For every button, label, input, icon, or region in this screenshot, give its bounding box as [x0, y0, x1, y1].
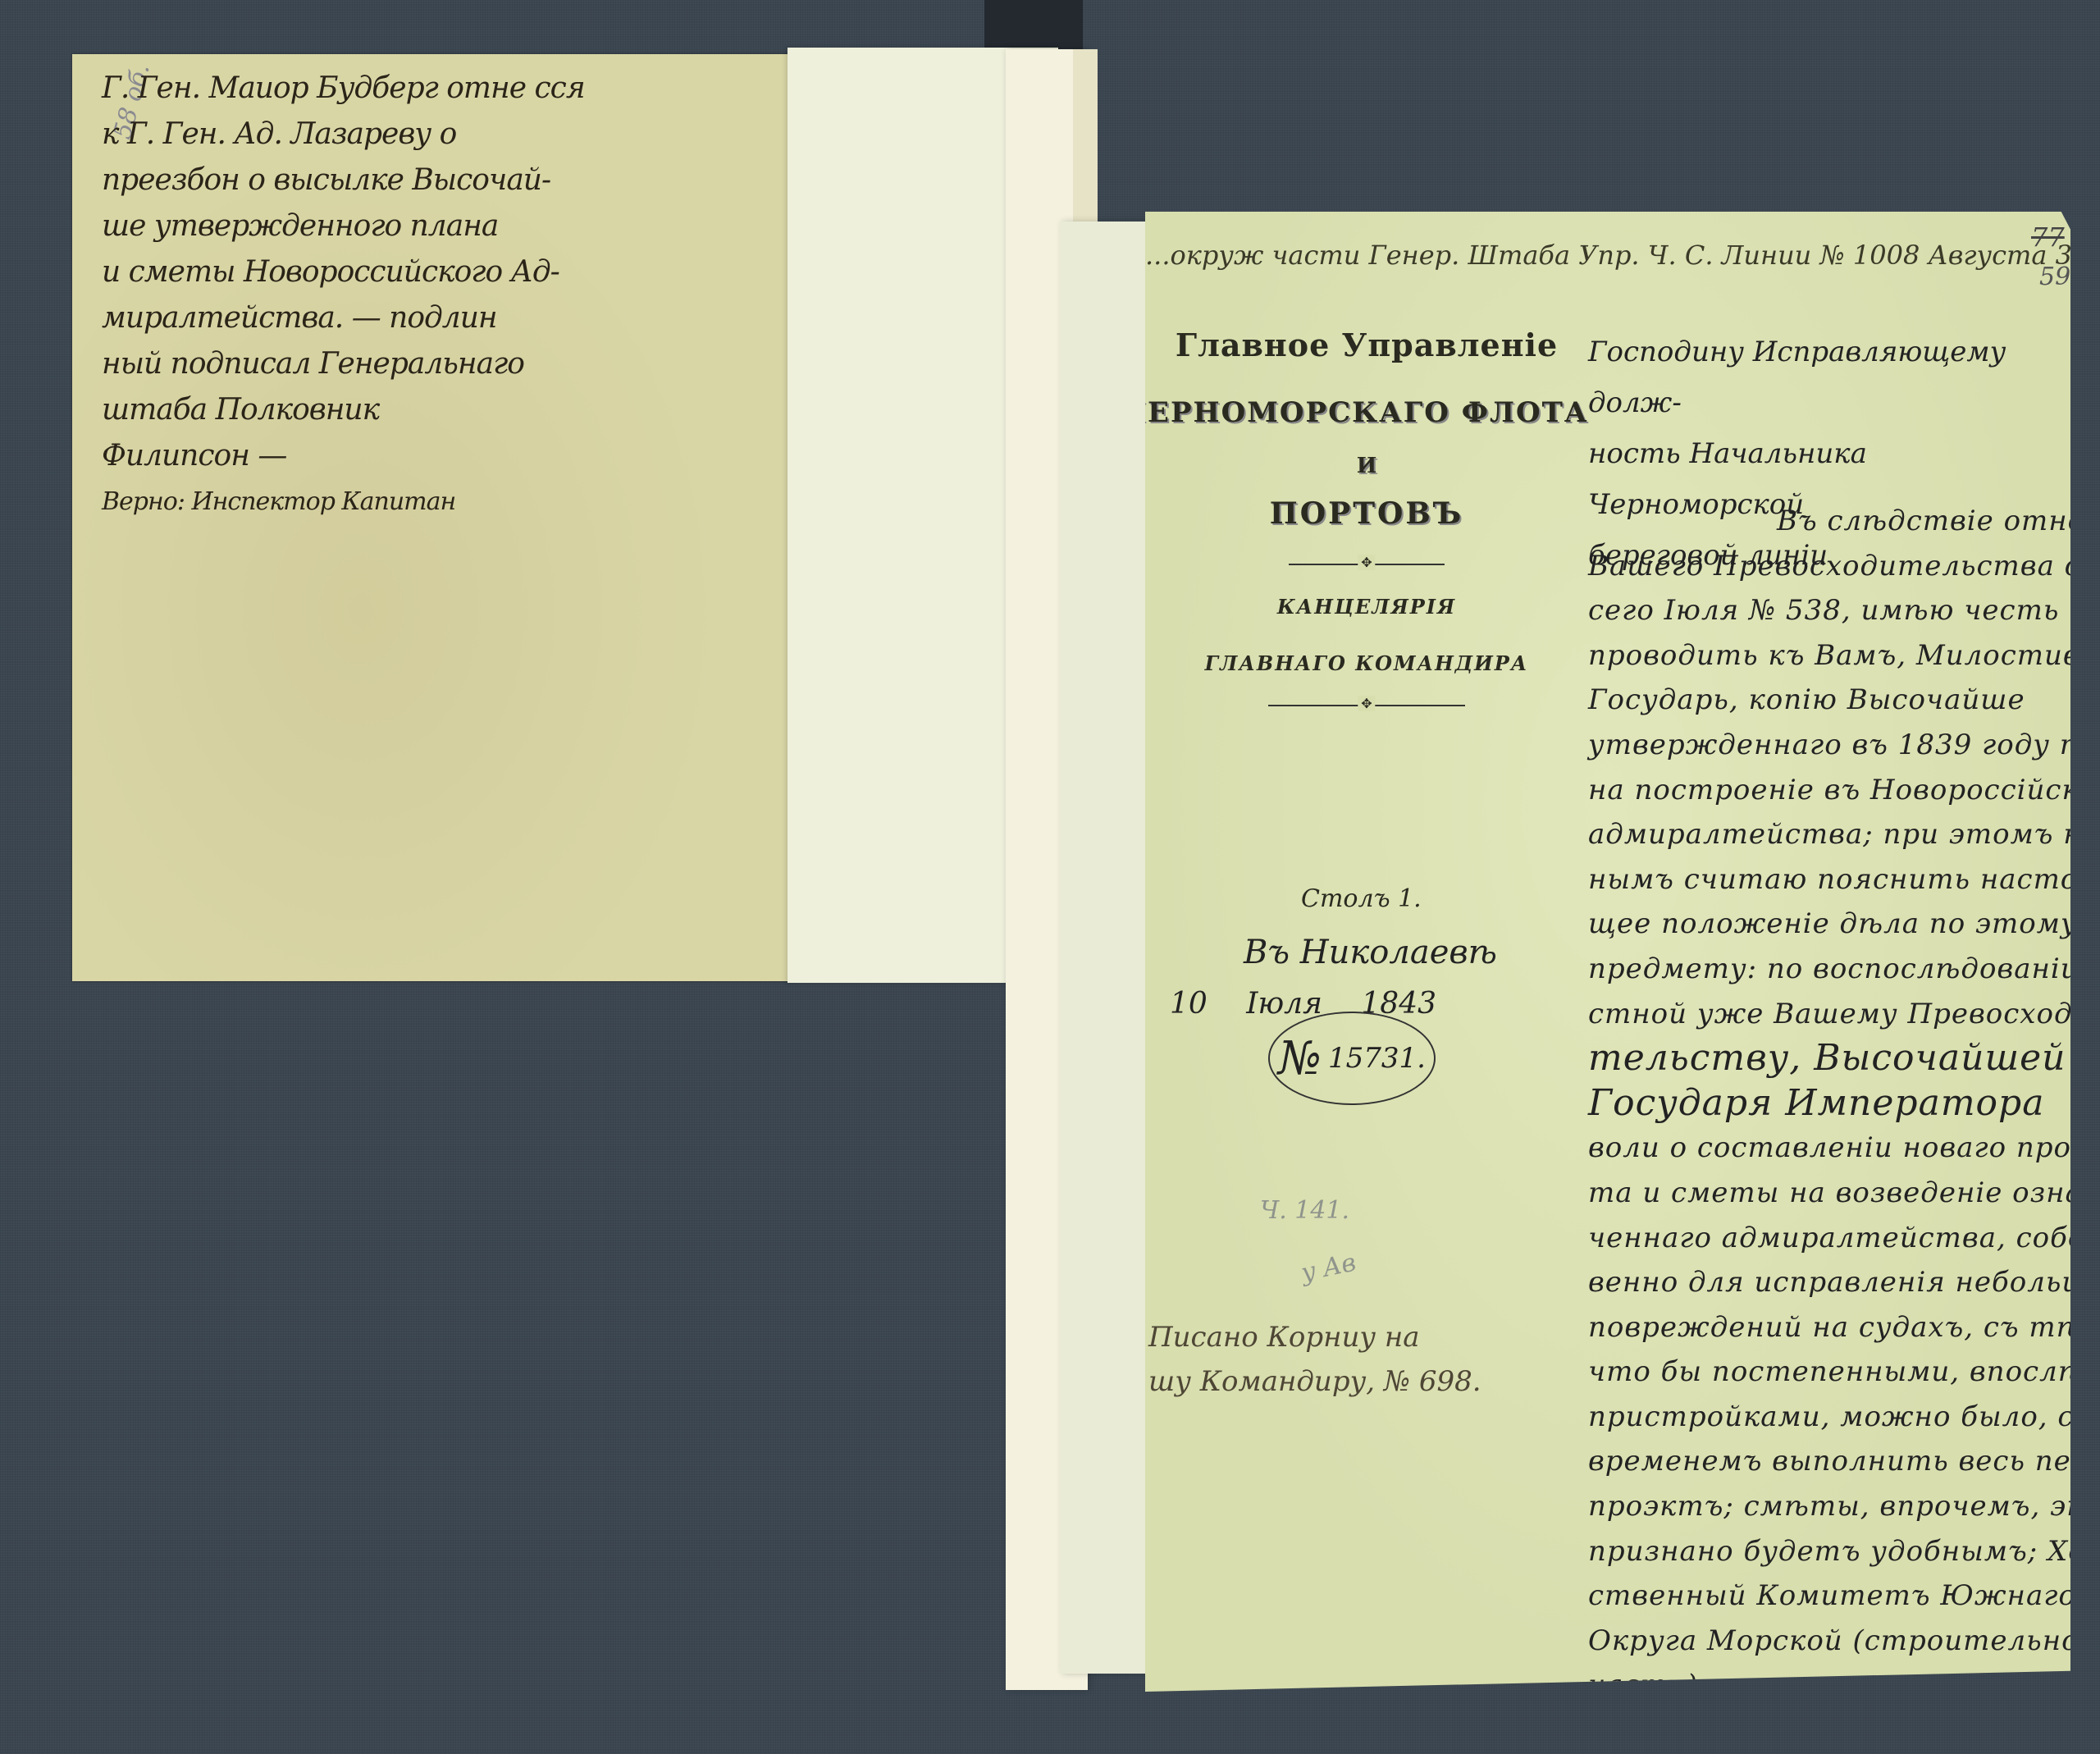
ornamental-rule [1289, 564, 1445, 565]
body-line: щее положеніе дѣла по этому [1588, 902, 2072, 947]
certification-line: Верно: Инспектор Капитан [102, 479, 799, 525]
note-line: и сметы Новороссийского Ад- [102, 249, 799, 295]
date-day: 10 [1170, 987, 1207, 1021]
body-line: ченнаго адмиралтейства, собст- [1588, 1216, 2072, 1261]
place: Въ Николаевѣ [1244, 934, 1497, 971]
letterhead-line: ЧЕРНОМОРСКАГО ФЛОТА [1121, 396, 1580, 429]
folio-number: 59. [2039, 263, 2079, 291]
body-line: та и сметы на возведеніе озна- [1588, 1171, 2072, 1216]
body-line: признано будетъ удобнымъ; Хозяй- [1588, 1529, 2072, 1574]
body-line: утвержденнаго въ 1839 году проэкта [1588, 723, 2072, 768]
body-line: Государя Императора [1588, 1081, 2072, 1126]
addressee-line: Господину Исправляющему долж- [1588, 327, 2064, 428]
folio-number-old: 77 [2031, 222, 2065, 253]
body-line: воли о составленіи новаго проэк- [1588, 1126, 2072, 1171]
letter-body: Въ слѣдствіе отношенія Вашего Превосходи… [1588, 499, 2072, 1708]
note-line: к Г. Ген. Ад. Лазареву о [102, 112, 799, 158]
numero-sign: № [1278, 1032, 1322, 1085]
letterhead-line: Главное Управленіе [1153, 327, 1580, 363]
note-line: Филипсон — [102, 433, 799, 479]
left-manuscript-sheet: 58 об. Г. Ген. Маиор Будберг отне сся к … [72, 54, 794, 981]
body-line: Въ слѣдствіе отношенія [1588, 499, 2072, 544]
left-handwritten-note: Г. Ген. Маиор Будберг отне сся к Г. Ген.… [102, 66, 799, 525]
body-line: Государь, копію Высочайше [1588, 678, 2072, 723]
body-line: нымъ считаю пояснить настоя- [1588, 857, 2072, 902]
note-line: Г. Ген. Маиор Будберг отне сся [102, 66, 799, 112]
resolution-line: Писано Корниу на [1148, 1315, 1481, 1359]
paper-fold-strip [1060, 222, 1150, 1674]
note-line: ный подписал Генеральнаго [102, 341, 799, 387]
body-line: Округа Морской (строительной [1588, 1619, 2072, 1664]
note-line: ше утвержденного плана [102, 203, 799, 249]
letterhead-line: КАНЦЕЛЯРІЯ [1153, 595, 1580, 619]
body-line: на построеніе въ Новороссійскѣ [1588, 768, 2072, 813]
body-line: венно для исправленія небольшихъ [1588, 1260, 2072, 1305]
pencil-note: у Ав [1299, 1248, 1358, 1287]
body-line: ственный Комитетъ Южнаго [1588, 1574, 2072, 1619]
note-line: миралтейства. — подлин [102, 295, 799, 341]
body-line: стной уже Вашему Превосходи- [1588, 992, 2072, 1037]
body-line: адмиралтейства; при этомъ нуж- [1588, 812, 2072, 857]
body-line: части), которому поручено было [1588, 1663, 2072, 1708]
resolution-line: шу Командиру, № 698. [1148, 1359, 1481, 1404]
letterhead-line: ПОРТОВЪ [1153, 496, 1580, 531]
body-line: временемъ выполнить весь первый [1588, 1439, 2072, 1484]
date-month: Іюля [1246, 987, 1322, 1021]
pencil-note: Ч. 141. [1260, 1196, 1349, 1225]
letterhead-line: ГЛАВНАГО КОМАНДИРА [1153, 651, 1580, 675]
right-document-sheet: ...окруж части Генер. Штаба Упр. Ч. С. Л… [1145, 212, 2070, 1692]
letterhead-line: И [1153, 454, 1580, 478]
desk-number: Столъ 1. [1301, 884, 1422, 913]
outgoing-number: 15731. [1328, 1042, 1426, 1075]
outgoing-number-stamp: № 15731. [1268, 1012, 1436, 1105]
body-line: повреждений на судахъ, съ тѣмъ, [1588, 1305, 2072, 1350]
body-line: что бы постепенными, впослѣдствіи [1588, 1350, 2072, 1395]
body-line: тельству, Высочайшей [1588, 1036, 2072, 1081]
resolution-note: Писано Корниу на шу Командиру, № 698. [1148, 1315, 1481, 1404]
archive-header-note: ...окруж части Генер. Штаба Упр. Ч. С. Л… [1145, 240, 2039, 271]
body-line: сего Іюля № 538, имѣю честь пре- [1588, 588, 2072, 633]
note-line: преезбон о высылке Высочай- [102, 158, 799, 203]
body-line: проводить къ Вамъ, Милостивый [1588, 633, 2072, 678]
body-line: Вашего Превосходительства отъ 2го [1588, 544, 2072, 589]
ornamental-rule [1268, 705, 1465, 706]
letterhead: Главное Управленіе ЧЕРНОМОРСКАГО ФЛОТА И… [1153, 327, 1580, 706]
body-line: проэктъ; смѣты, впрочемъ, это [1588, 1484, 2072, 1529]
note-line: штаба Полковник [102, 387, 799, 433]
body-line: предмету: по воспослѣдованіи, извѣ- [1588, 947, 2072, 992]
body-line: пристройками, можно было, со [1588, 1395, 2072, 1440]
binding-gap [984, 0, 1083, 49]
